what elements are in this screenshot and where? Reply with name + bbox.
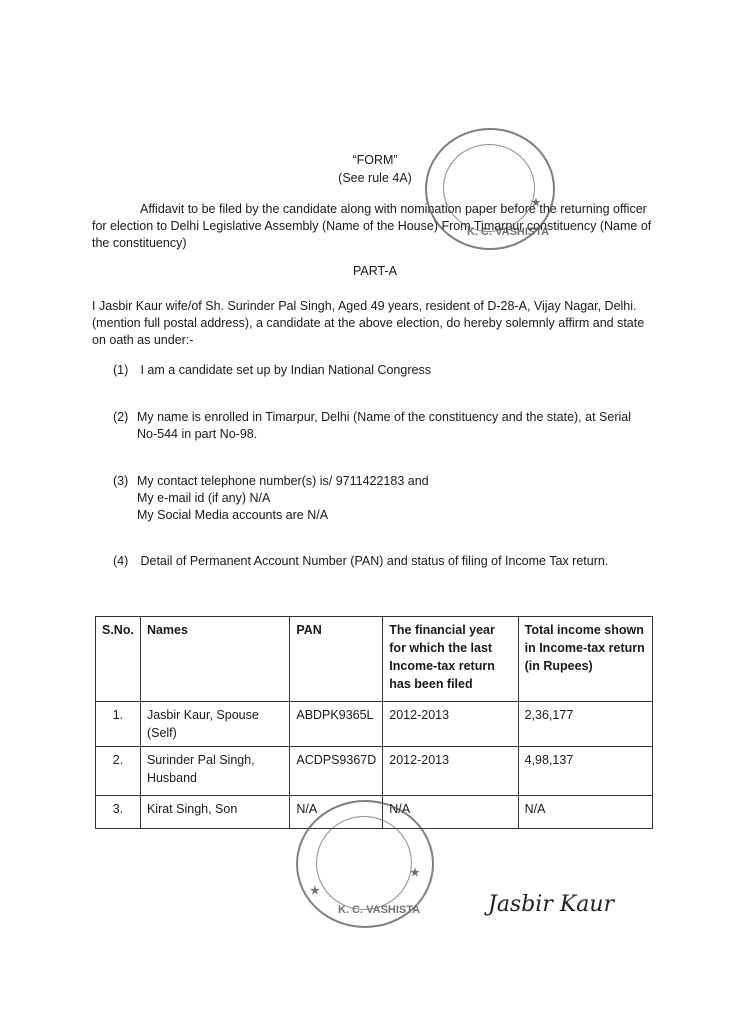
- stamp-name: K. C. VASHISTA: [467, 226, 549, 238]
- header-pan: PAN: [290, 617, 383, 702]
- header-financial-year: The financial year for which the last In…: [383, 617, 518, 702]
- social-media: My Social Media accounts are N/A: [113, 507, 653, 524]
- item-text: I am a candidate set up by Indian Nation…: [140, 363, 430, 377]
- header-names: Names: [140, 617, 289, 702]
- cell-pan: ACDPS9367D: [290, 747, 383, 796]
- table-header-row: S.No. Names PAN The financial year for w…: [96, 617, 653, 702]
- cell-sno: 3.: [96, 796, 141, 829]
- item-number: (3): [113, 473, 137, 490]
- declaration-paragraph: I Jasbir Kaur wife/of Sh. Surinder Pal S…: [92, 298, 657, 349]
- cell-sno: 2.: [96, 747, 141, 796]
- signature: Jasbir Kaur: [488, 892, 614, 917]
- cell-name: Jasbir Kaur, Spouse (Self): [140, 702, 289, 747]
- item-4: (4) Detail of Permanent Account Number (…: [113, 553, 653, 570]
- rule-reference: (See rule 4A): [0, 171, 750, 185]
- item-text: Detail of Permanent Account Number (PAN)…: [140, 554, 608, 568]
- notary-stamp-top: K. C. VASHISTA ★: [425, 128, 555, 250]
- item-3: (3)My contact telephone number(s) is/ 97…: [113, 473, 653, 524]
- item-number: (1): [113, 362, 137, 379]
- notary-stamp-bottom: K. C. VASHISTA ★ ★: [296, 800, 434, 928]
- cell-year: 2012-2013: [383, 702, 518, 747]
- cell-pan: ABDPK9365L: [290, 702, 383, 747]
- item-text: My name is enrolled in Timarpur, Delhi (…: [137, 409, 637, 443]
- item-number: (2): [113, 409, 137, 443]
- table-row: 1. Jasbir Kaur, Spouse (Self) ABDPK9365L…: [96, 702, 653, 747]
- cell-income: 2,36,177: [518, 702, 652, 747]
- item-1: (1) I am a candidate set up by Indian Na…: [113, 362, 653, 379]
- cell-income: N/A: [518, 796, 652, 829]
- affidavit-intro: Affidavit to be filed by the candidate a…: [92, 201, 652, 252]
- part-heading: PART-A: [0, 264, 750, 278]
- star-icon: ★: [310, 884, 320, 897]
- header-total-income: Total income shown in Income-tax return …: [518, 617, 652, 702]
- table-row: 2. Surinder Pal Singh, Husband ACDPS9367…: [96, 747, 653, 796]
- cell-income: 4,98,137: [518, 747, 652, 796]
- cell-sno: 1.: [96, 702, 141, 747]
- header-sno: S.No.: [96, 617, 141, 702]
- contact-phone: My contact telephone number(s) is/ 97114…: [137, 474, 429, 488]
- item-number: (4): [113, 553, 137, 570]
- cell-name: Kirat Singh, Son: [140, 796, 289, 829]
- item-2: (2) My name is enrolled in Timarpur, Del…: [113, 409, 653, 443]
- cell-year: 2012-2013: [383, 747, 518, 796]
- star-icon: ★: [531, 196, 541, 209]
- form-title: “FORM”: [0, 153, 750, 167]
- stamp-name: K. C. VASHISTA: [338, 904, 420, 916]
- pan-income-table: S.No. Names PAN The financial year for w…: [95, 616, 653, 829]
- star-icon: ★: [410, 866, 420, 879]
- cell-name: Surinder Pal Singh, Husband: [140, 747, 289, 796]
- contact-email: My e-mail id (if any) N/A: [113, 490, 653, 507]
